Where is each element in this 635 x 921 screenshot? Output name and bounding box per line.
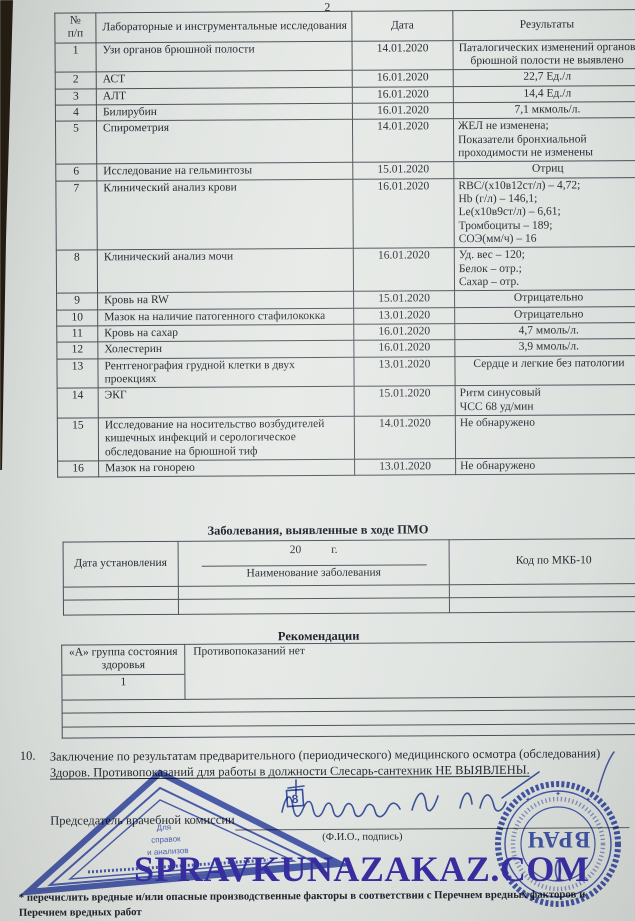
row-result: 14,4 Ед./л <box>453 85 635 102</box>
row-date: 16.01.2020 <box>352 86 453 103</box>
row-date: 16.01.2020 <box>353 178 454 248</box>
row-date: 14.01.2020 <box>352 40 453 70</box>
row-num: 7 <box>56 180 97 250</box>
row-name: Исследование на гельминтозы <box>97 163 353 181</box>
row-num: 10 <box>57 309 98 326</box>
watermark-text: SPRAVKUNAZAKAZ.COM <box>134 848 589 890</box>
row-name: Клинический анализ крови <box>97 179 353 250</box>
row-result: 7,1 мкмоль/л. <box>453 101 635 118</box>
row-num: 1 <box>55 43 96 73</box>
health-group-cell: «А» группа состояния здоровья 1 <box>62 644 185 700</box>
row-num: 8 <box>56 250 97 293</box>
health-group-value: 1 <box>62 674 184 689</box>
row-result: Паталогических изменений органов брюшной… <box>453 39 635 70</box>
row-result: Уд. вес – 120; Белок – отр.; Сахар – отр… <box>454 247 635 291</box>
table-row: 8 Клинический анализ мочи 16.01.2020 Уд.… <box>56 247 635 294</box>
row-result: Ритм синусовый ЧСС 68 уд/мин <box>455 385 635 416</box>
row-date: 13.01.2020 <box>354 307 455 324</box>
row-date: 16.01.2020 <box>354 324 455 341</box>
row-result: Отрицательно <box>455 306 635 323</box>
row-date: 14.01.2020 <box>354 416 455 460</box>
table-row: 7 Клинический анализ крови 16.01.2020 RB… <box>56 177 635 250</box>
row-date: 16.01.2020 <box>354 340 455 357</box>
conclusion-line1: Заключение по результатам предварительно… <box>50 746 600 763</box>
year-blank: 20г. <box>183 543 445 558</box>
row-num: 4 <box>55 105 96 122</box>
recommendations-empty-row <box>62 724 635 739</box>
row-num: 2 <box>55 72 96 89</box>
row-date: 16.01.2020 <box>353 248 454 292</box>
row-name: Клинический анализ мочи <box>97 249 353 294</box>
scanned-medical-form: 2 № п/п Лабораторные и инструментальные … <box>0 0 635 921</box>
row-date: 15.01.2020 <box>354 386 455 416</box>
round-doctor-stamp: ВРАЧ ✦✦✦ <box>482 776 634 916</box>
recommendations-table: «А» группа состояния здоровья 1 Противоп… <box>61 641 635 739</box>
row-result: RBC/(х10в12ст/л) – 4,72; Hb (г/л) – 146,… <box>454 177 635 248</box>
row-result: Сердце и легкие без патологии <box>455 355 635 386</box>
row-result: 4,7 ммоль/л. <box>455 322 635 339</box>
row-num: 12 <box>57 342 98 359</box>
row-date: 13.01.2020 <box>354 356 455 386</box>
svg-text:Для: Для <box>156 823 171 833</box>
row-result: Отриц <box>454 161 635 178</box>
diseases-col-date: Дата установления <box>63 541 178 587</box>
diseases-table: Дата установления 20г. Наименование забо… <box>63 538 635 616</box>
row-result: Не обнаружено <box>456 457 635 474</box>
row-result: ЖЕЛ не изменена; Показатели бронхиальной… <box>453 118 635 162</box>
svg-text:✦: ✦ <box>525 796 531 804</box>
row-name: Холестерин <box>98 341 354 359</box>
row-num: 6 <box>56 164 97 181</box>
table-header-row: № п/п Лабораторные и инструментальные ис… <box>55 10 635 43</box>
row-name: Спирометрия <box>96 120 352 165</box>
header-result: Результаты <box>453 10 635 41</box>
row-name: АЛТ <box>96 87 352 105</box>
row-num: 9 <box>57 293 98 310</box>
row-num: 13 <box>57 358 98 388</box>
table-row: 13 Рентгенография грудной клетки в двух … <box>57 355 635 388</box>
diseases-col-name: 20г. Наименование заболевания <box>178 540 449 587</box>
row-date: 13.01.2020 <box>355 459 456 476</box>
row-num: 15 <box>57 418 98 461</box>
row-name: Мазок на гонорею <box>99 459 355 477</box>
header-name: Лабораторные и инструментальные исследов… <box>96 11 352 42</box>
header-num: № п/п <box>55 13 96 43</box>
header-date: Дата <box>352 11 453 41</box>
row-num: 14 <box>57 388 98 418</box>
row-num: 16 <box>58 461 99 478</box>
row-date: 15.01.2020 <box>353 162 454 179</box>
svg-text:✦: ✦ <box>585 796 591 804</box>
diseases-header-row: Дата установления 20г. Наименование забо… <box>63 538 635 587</box>
row-name: Билирубин <box>96 103 352 121</box>
diseases-section-title: Заболевания, выявленные в ходе ПМО <box>0 521 635 540</box>
recommendation-text: Противопоказаний нет <box>185 642 635 700</box>
row-name: Исследование на носительство возбудителе… <box>98 416 354 461</box>
row-name: Узи органов брюшной полости <box>96 41 352 72</box>
row-num: 3 <box>55 89 96 106</box>
row-result: Не обнаружено <box>455 414 635 458</box>
row-date: 15.01.2020 <box>354 291 455 308</box>
row-result: Отрицательно <box>455 290 635 307</box>
diseases-col-code: Код по МКБ-10 <box>449 538 635 584</box>
lab-results-table: № п/п Лабораторные и инструментальные ис… <box>54 9 635 478</box>
table-row: 14 ЭКГ 15.01.2020 Ритм синусовый ЧСС 68 … <box>57 385 635 418</box>
table-row: 15 Исследование на носительство возбудит… <box>57 414 635 461</box>
row-name: ЭКГ <box>98 386 354 417</box>
row-result: 22,7 Ед./л <box>453 69 635 86</box>
row-num: 5 <box>55 121 96 164</box>
table-row: 16 Мазок на гонорею 13.01.2020 Не обнару… <box>58 457 635 477</box>
year-prefix: 20 <box>290 544 302 556</box>
recommendations-main-row: «А» группа состояния здоровья 1 Противоп… <box>62 642 635 701</box>
row-name: АСТ <box>96 71 352 89</box>
row-num: 11 <box>57 326 98 343</box>
row-date: 16.01.2020 <box>352 103 453 120</box>
health-group-label: «А» группа состояния здоровья <box>62 645 184 675</box>
name-caption: Наименование заболевания <box>183 567 445 582</box>
row-name: Рентгенография грудной клетки в двух про… <box>98 357 354 388</box>
row-result: 3,9 ммоль/л. <box>455 339 635 356</box>
row-date: 16.01.2020 <box>352 70 453 87</box>
row-date: 14.01.2020 <box>352 119 453 163</box>
table-row: 1 Узи органов брюшной полости 14.01.2020… <box>55 39 635 72</box>
svg-text:✦: ✦ <box>555 790 561 798</box>
conclusion-item-number: 10. <box>20 749 36 764</box>
row-name: Мазок на наличие патогенного стафилококк… <box>98 308 354 326</box>
diseases-empty-row <box>63 596 635 615</box>
row-name: Кровь на RW <box>98 292 354 310</box>
svg-text:справок: справок <box>151 834 181 845</box>
row-name: Кровь на сахар <box>98 324 354 342</box>
year-suffix: г. <box>331 544 337 556</box>
table-row: 5 Спирометрия 14.01.2020 ЖЕЛ не изменена… <box>55 118 635 165</box>
